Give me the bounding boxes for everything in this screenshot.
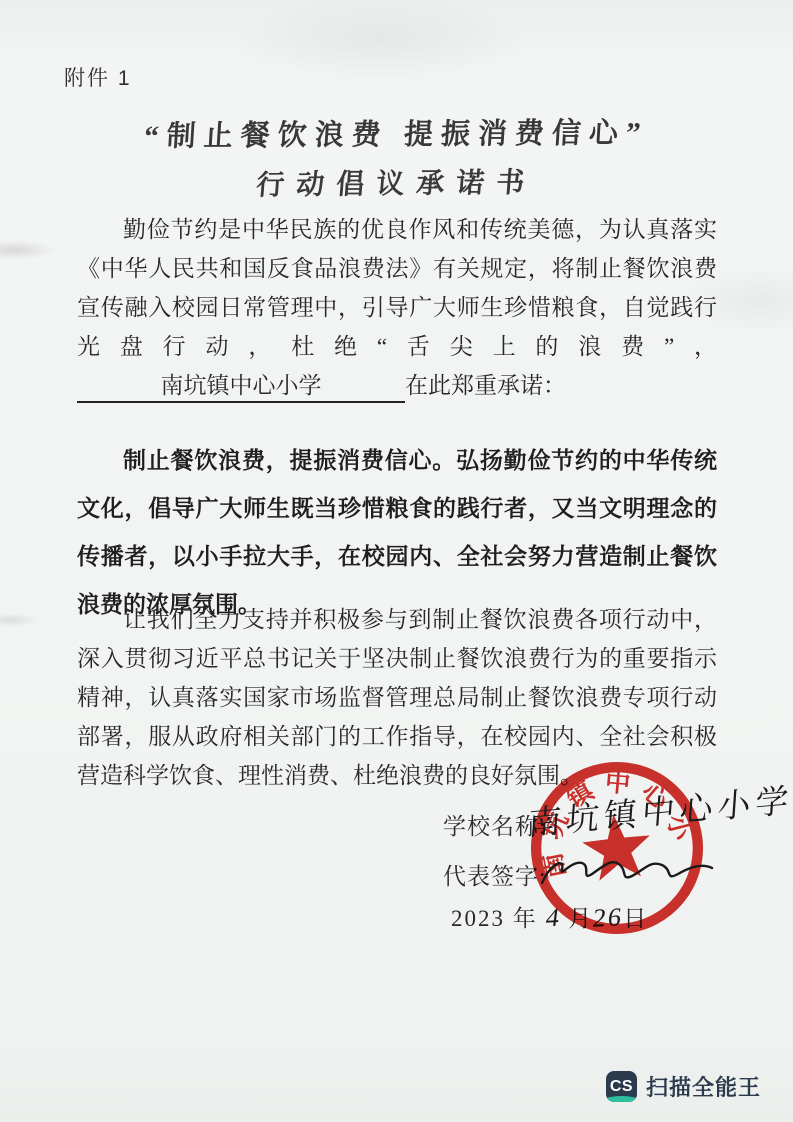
document-title-line2: 行动倡议承诺书	[0, 158, 793, 206]
scanned-document-page: 附件 1 “制止餐饮浪费 提振消费信心” 行动倡议承诺书 勤俭节约是中华民族的优…	[0, 0, 793, 1122]
paragraph-opening-text: 勤俭节约是中华民族的优良作风和传统美德，为认真落实《中华人民共和国反食品浪费法》…	[77, 217, 717, 359]
camscanner-watermark: CS 扫描全能王	[606, 1071, 761, 1102]
date-year: 2023 年	[451, 906, 538, 931]
representative-signature-handwriting	[537, 845, 717, 897]
camscanner-label: 扫描全能王	[646, 1071, 761, 1102]
camscanner-logo-icon: CS	[606, 1071, 637, 1102]
school-name-blank: 南坑镇中心小学	[77, 370, 405, 403]
attachment-label: 附件 1	[64, 62, 132, 92]
document-title-line1: “制止餐饮浪费 提振消费信心”	[0, 109, 793, 156]
school-name-blank-value: 南坑镇中心小学	[161, 373, 322, 398]
camscanner-icon-accent	[606, 1096, 637, 1102]
camscanner-icon-text: CS	[610, 1078, 633, 1096]
signature-stroke	[543, 862, 712, 881]
paragraph-opening-after: 在此郑重承诺：	[405, 373, 566, 398]
paragraph-opening: 勤俭节约是中华民族的优良作风和传统美德，为认真落实《中华人民共和国反食品浪费法》…	[77, 210, 717, 405]
